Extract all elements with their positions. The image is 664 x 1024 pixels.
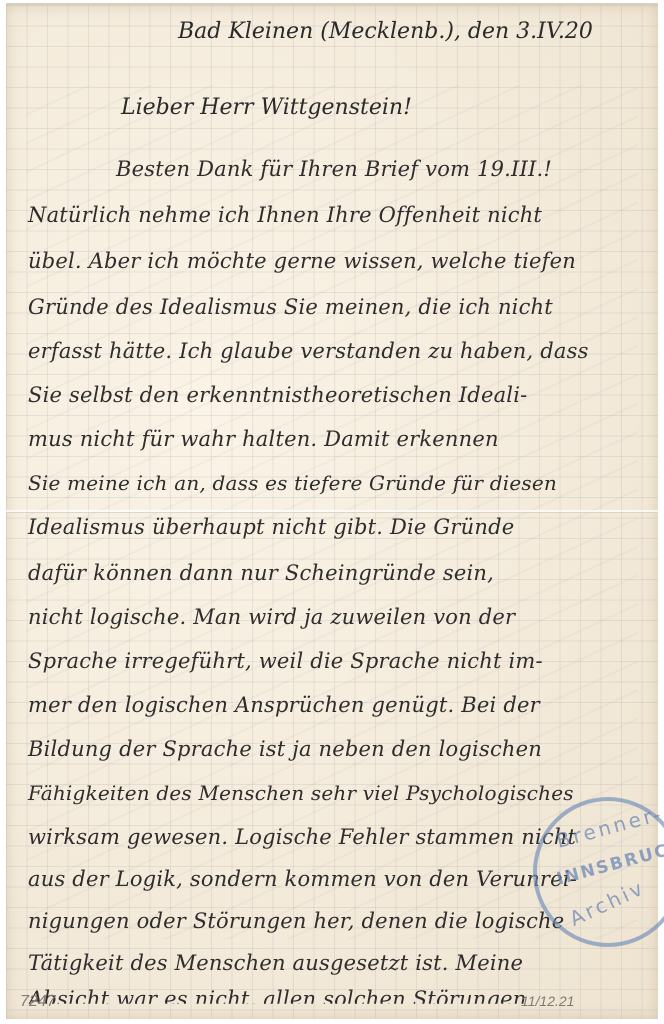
body-line: Tätigkeit des Menschen ausgesetzt ist. M… (28, 951, 523, 975)
body-line: wirksam gewesen. Logische Fehler stammen… (28, 825, 576, 849)
body-line: Fähigkeiten des Menschen sehr viel Psych… (28, 781, 574, 805)
body-line: Sie selbst den erkenntnistheoretischen I… (28, 383, 527, 407)
archive-date: 11/12.21 (521, 993, 574, 1009)
body-line: Bildung der Sprache ist ja neben den log… (28, 737, 542, 761)
body-line: Absicht war es nicht, allen solchen Stör… (28, 987, 527, 1011)
body-line: Sie meine ich an, dass es tiefere Gründe… (28, 471, 557, 495)
body-line: Besten Dank für Ihren Brief vom 19.III.! (116, 157, 552, 181)
letter-salutation: Lieber Herr Wittgenstein! (121, 95, 412, 120)
catalog-number: 7247 (20, 993, 56, 1011)
body-line: aus der Logik, sondern kommen von den Ve… (28, 867, 577, 891)
body-line: erfasst hätte. Ich glaube verstanden zu … (28, 339, 589, 363)
body-line: mus nicht für wahr halten. Damit erkenne… (28, 427, 499, 451)
body-line: dafür können dann nur Scheingründe sein, (28, 561, 494, 585)
body-line: nigungen oder Störungen her, denen die l… (28, 909, 564, 933)
body-line: Sprache irregeführt, weil die Sprache ni… (28, 649, 543, 673)
body-line: nicht logische. Man wird ja zuweilen von… (28, 605, 515, 629)
body-line: Gründe des Idealismus Sie meinen, die ic… (28, 295, 553, 319)
body-line: Idealismus überhaupt nicht gibt. Die Grü… (28, 515, 514, 539)
fold-crease (6, 510, 658, 513)
body-line: übel. Aber ich möchte gerne wissen, welc… (28, 249, 576, 273)
body-line: mer den logischen Ansprüchen genügt. Bei… (28, 693, 540, 717)
body-line: Natürlich nehme ich Ihnen Ihre Offenheit… (28, 203, 542, 227)
letter-dateline: Bad Kleinen (Mecklenb.), den 3.IV.20 (178, 19, 593, 44)
